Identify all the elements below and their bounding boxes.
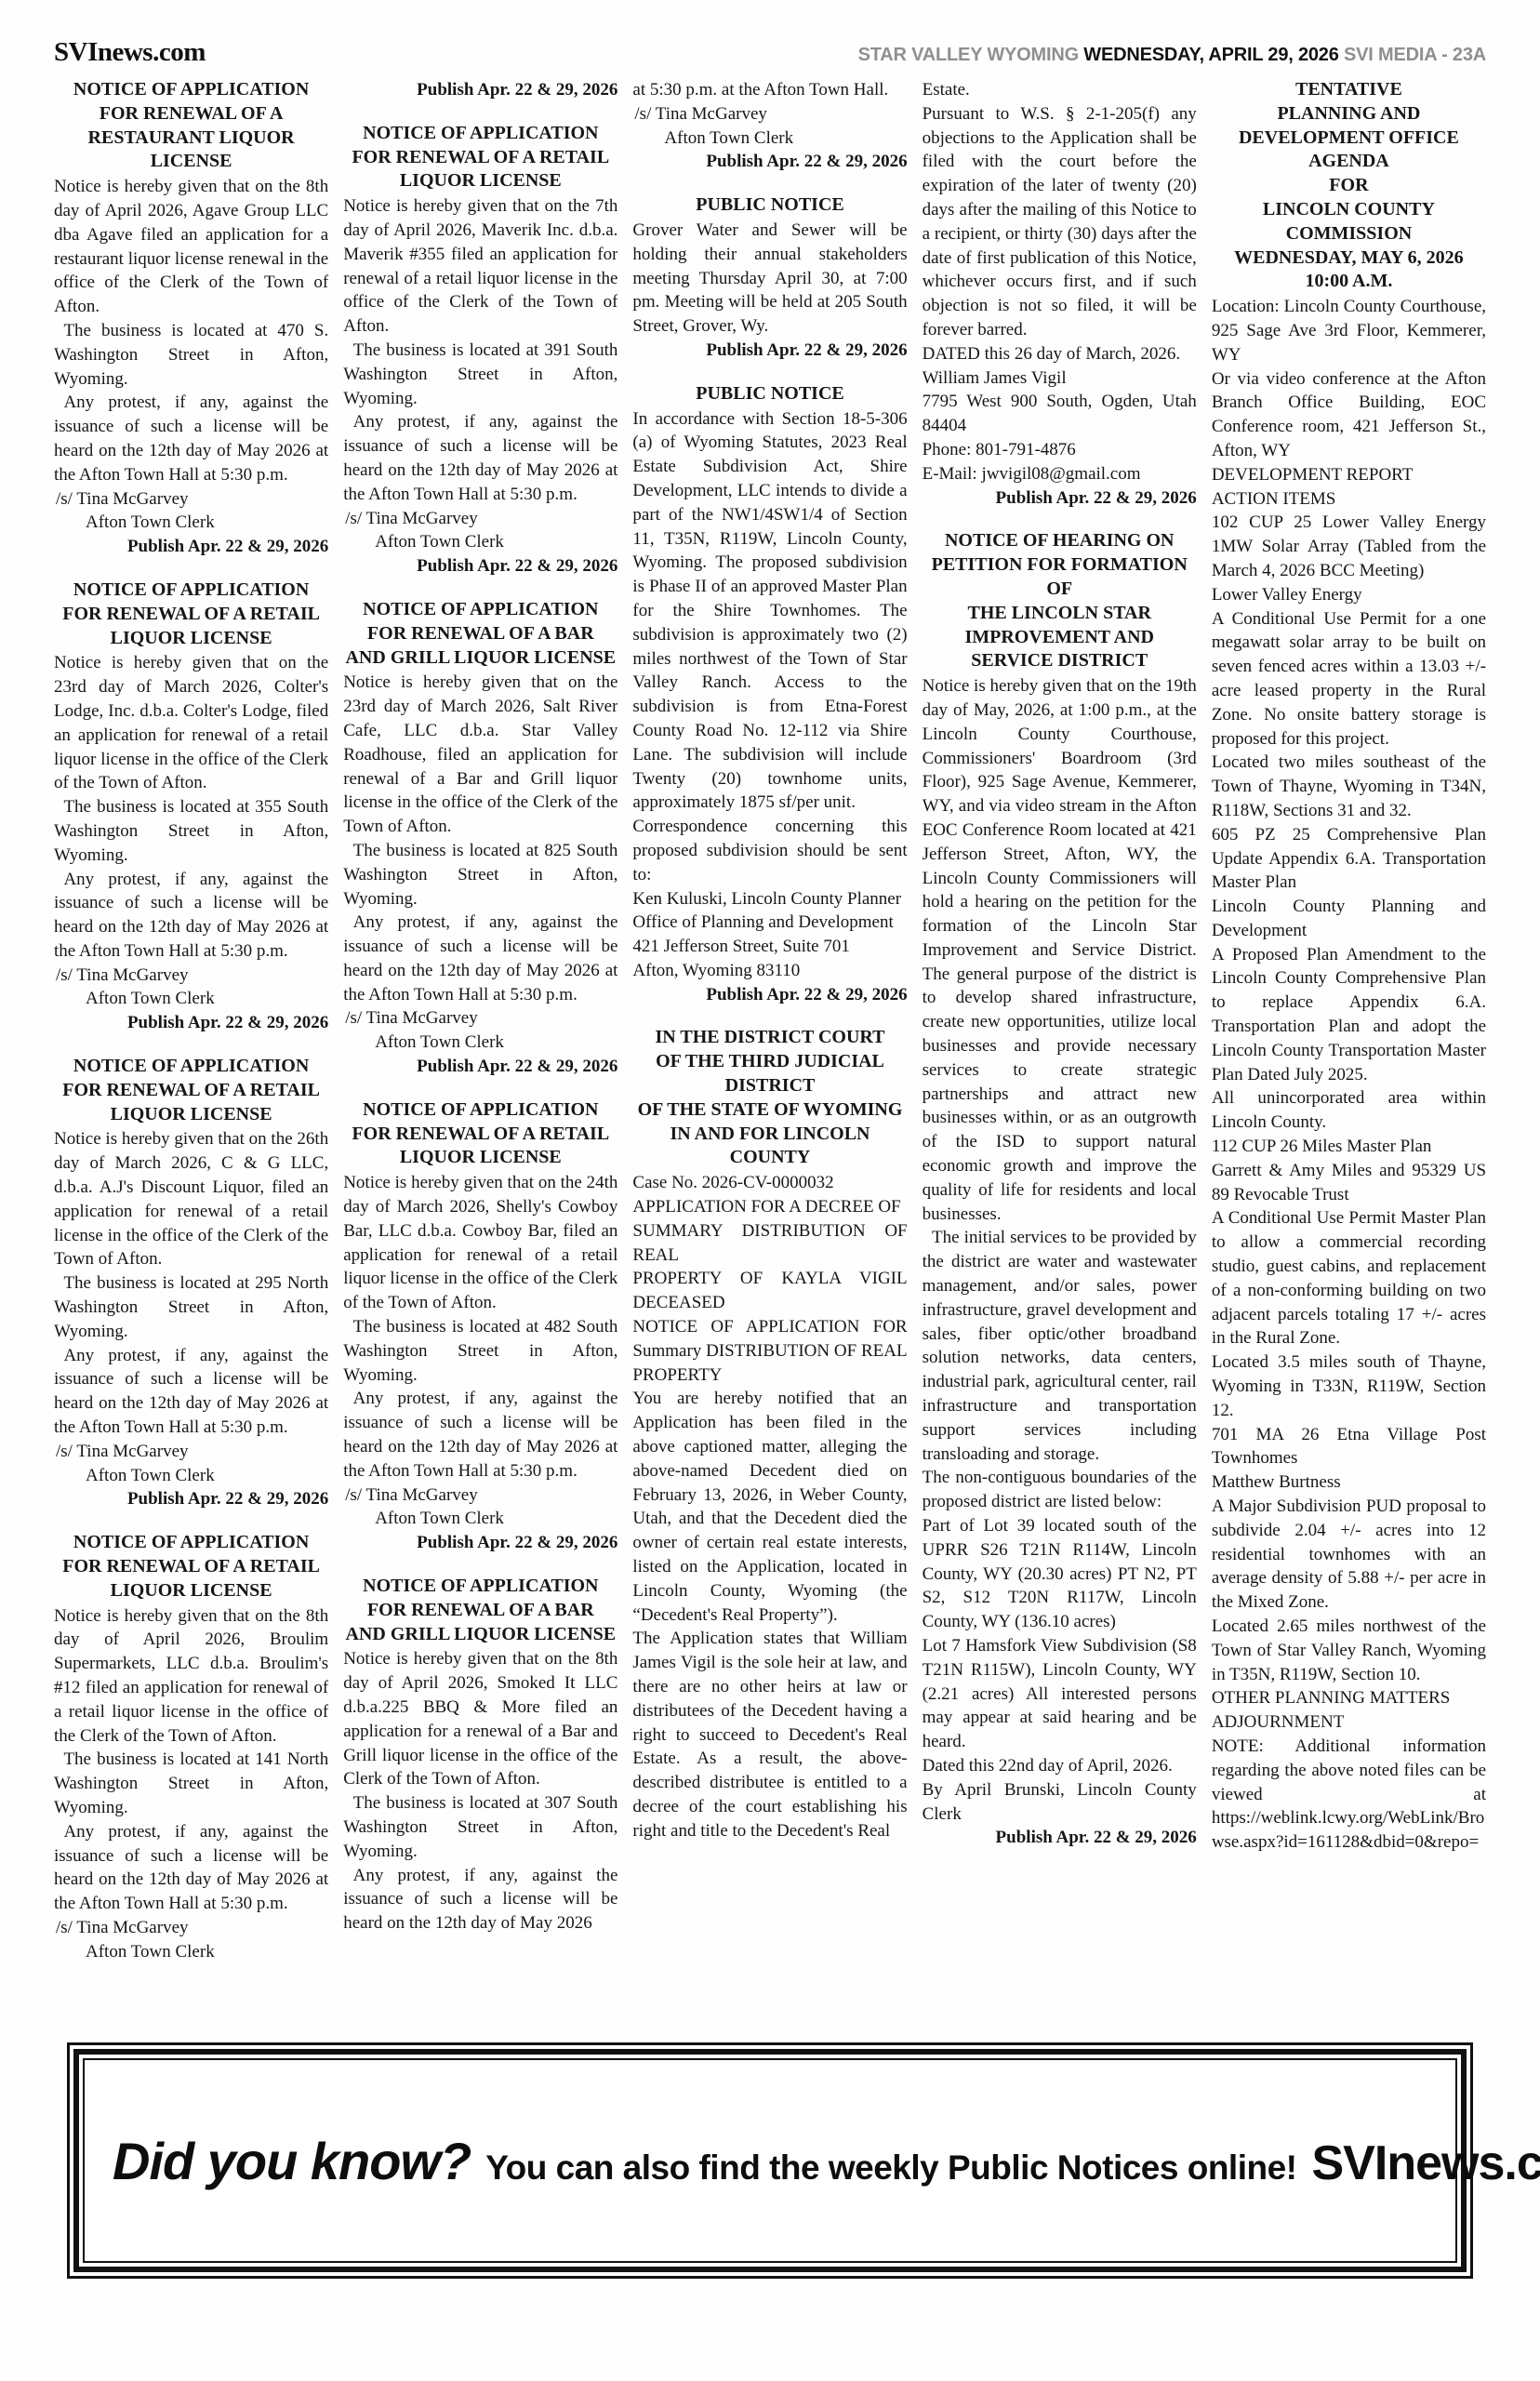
promo-lead: Did you know? xyxy=(113,2131,471,2191)
publish-line: Publish Apr. 22 & 29, 2026 xyxy=(343,78,617,102)
notice-paragraph: Located 2.65 miles northwest of the Town… xyxy=(1212,1615,1486,1686)
notice-paragraph: Located two miles southeast of the Town … xyxy=(1212,751,1486,822)
notice-paragraph: You are hereby notified that an Applicat… xyxy=(632,1387,907,1627)
notice-line: Lower Valley Energy xyxy=(1212,583,1486,607)
notice-paragraph: Any protest, if any, against the issuanc… xyxy=(343,1387,617,1483)
notice-paragraph: Lot 7 Hamsfork View Subdivision (S8 T21N… xyxy=(923,1634,1197,1754)
publish-line: Publish Apr. 22 & 29, 2026 xyxy=(343,1055,617,1079)
notice-line: ACTION ITEMS xyxy=(1212,487,1486,512)
column-4: Estate.Pursuant to W.S. § 2-1-205(f) any… xyxy=(923,78,1197,1992)
clerk-line: Afton Town Clerk xyxy=(54,987,328,1011)
notice-paragraph: Notice is hereby given that on the 8th d… xyxy=(343,1647,617,1791)
notice-paragraph: Dated this 22nd day of April, 2026. xyxy=(923,1754,1197,1778)
notice-paragraph: The business is located at 825 South Was… xyxy=(343,839,617,911)
signature-line: /s/ Tina McGarvey xyxy=(632,102,907,126)
notice-paragraph: Any protest, if any, against the issuanc… xyxy=(54,868,328,964)
signature-line: /s/ Tina McGarvey xyxy=(54,487,328,512)
notice-paragraph: Garrett & Amy Miles and 95329 US 89 Revo… xyxy=(1212,1159,1486,1207)
promo-message: You can also find the weekly Public Noti… xyxy=(485,2148,1296,2188)
notice-paragraph: Lincoln County Planning and Development xyxy=(1212,895,1486,943)
notice-heading: NOTICE OF APPLICATION FOR RENEWAL OF A R… xyxy=(343,1098,617,1170)
notice-paragraph: 605 PZ 25 Comprehensive Plan Update Appe… xyxy=(1212,823,1486,895)
notice-paragraph: Any protest, if any, against the issuanc… xyxy=(343,1864,617,1935)
notice-paragraph: APPLICATION FOR A DECREE OF xyxy=(632,1195,907,1219)
notice-heading: NOTICE OF APPLICATION FOR RENEWAL OF A R… xyxy=(54,78,328,174)
notice-paragraph: Part of Lot 39 located south of the UPRR… xyxy=(923,1514,1197,1634)
newspaper-logo: SVInews.com xyxy=(54,37,206,68)
dateline-page: SVI MEDIA - 23A xyxy=(1339,45,1486,65)
notice-paragraph: Grover Water and Sewer will be holding t… xyxy=(632,219,907,339)
notice-paragraph: Notice is hereby given that on the 23rd … xyxy=(343,671,617,839)
notice-line: Matthew Burtness xyxy=(1212,1470,1486,1495)
column-2: Publish Apr. 22 & 29, 2026NOTICE OF APPL… xyxy=(343,78,617,1992)
notice-paragraph: at 5:30 p.m. at the Afton Town Hall. xyxy=(632,78,907,102)
column-3: at 5:30 p.m. at the Afton Town Hall./s/ … xyxy=(632,78,907,1992)
notice-paragraph: Ken Kuluski, Lincoln County Planner xyxy=(632,887,907,911)
notice-paragraph: The business is located at 355 South Was… xyxy=(54,795,328,867)
signature-line: /s/ Tina McGarvey xyxy=(54,1440,328,1464)
signature-line: /s/ Tina McGarvey xyxy=(343,1006,617,1031)
notice-paragraph: Notice is hereby given that on the 23rd … xyxy=(54,651,328,795)
notice-paragraph: Any protest, if any, against the issuanc… xyxy=(54,1820,328,1916)
notice-heading: NOTICE OF APPLICATION FOR RENEWAL OF A R… xyxy=(343,122,617,193)
publish-line: Publish Apr. 22 & 29, 2026 xyxy=(923,1826,1197,1850)
publish-line: Publish Apr. 22 & 29, 2026 xyxy=(632,339,907,363)
notice-line: Afton, Wyoming 83110 xyxy=(632,959,907,983)
notice-line: OTHER PLANNING MATTERS xyxy=(1212,1686,1486,1710)
notice-paragraph: The business is located at 141 North Was… xyxy=(54,1748,328,1819)
promo-banner-border: Did you know? You can also find the week… xyxy=(73,2049,1467,2272)
notice-line: 112 CUP 26 Miles Master Plan xyxy=(1212,1135,1486,1159)
notice-paragraph: Pursuant to W.S. § 2-1-205(f) any object… xyxy=(923,102,1197,342)
signature-line: /s/ Tina McGarvey xyxy=(54,964,328,988)
notice-paragraph: DATED this 26 day of March, 2026. xyxy=(923,342,1197,366)
notice-paragraph: NOTICE OF APPLICATION FOR Summary DISTRI… xyxy=(632,1315,907,1387)
notice-paragraph: Any protest, if any, against the issuanc… xyxy=(343,410,617,506)
dateline: STAR VALLEY WYOMING WEDNESDAY, APRIL 29,… xyxy=(858,45,1486,66)
publish-line: Publish Apr. 22 & 29, 2026 xyxy=(54,1011,328,1035)
notice-paragraph: Any protest, if any, against the issuanc… xyxy=(54,1344,328,1440)
notice-paragraph: Office of Planning and Development xyxy=(632,911,907,935)
dateline-region: STAR VALLEY WYOMING xyxy=(858,45,1084,65)
notice-paragraph: Notice is hereby given that on the 24th … xyxy=(343,1171,617,1315)
notice-heading: TENTATIVE PLANNING AND DEVELOPMENT OFFIC… xyxy=(1212,78,1486,294)
notice-heading: NOTICE OF APPLICATION FOR RENEWAL OF A B… xyxy=(343,1575,617,1646)
notice-paragraph: Notice is hereby given that on the 7th d… xyxy=(343,194,617,339)
masthead: SVInews.com STAR VALLEY WYOMING WEDNESDA… xyxy=(54,37,1486,69)
notice-paragraph: Any protest, if any, against the issuanc… xyxy=(343,911,617,1006)
notice-paragraph: Notice is hereby given that on the 19th … xyxy=(923,674,1197,1226)
publish-line: Publish Apr. 22 & 29, 2026 xyxy=(343,554,617,579)
clerk-line: Afton Town Clerk xyxy=(343,1507,617,1531)
clerk-line: Afton Town Clerk xyxy=(54,511,328,535)
notice-paragraph: Notice is hereby given that on the 8th d… xyxy=(54,1604,328,1749)
notice-line: Estate. xyxy=(923,78,1197,102)
notice-paragraph: The business is located at 470 S. Washin… xyxy=(54,319,328,391)
notice-heading: NOTICE OF APPLICATION FOR RENEWAL OF A R… xyxy=(54,1055,328,1126)
clerk-line: Afton Town Clerk xyxy=(54,1940,328,1964)
notice-paragraph: A Conditional Use Permit Master Plan to … xyxy=(1212,1206,1486,1350)
notice-paragraph: A Major Subdivision PUD proposal to subd… xyxy=(1212,1495,1486,1615)
signature-line: /s/ Tina McGarvey xyxy=(343,507,617,531)
publish-line: Publish Apr. 22 & 29, 2026 xyxy=(54,1487,328,1511)
notice-line: DEVELOPMENT REPORT xyxy=(1212,463,1486,487)
notice-paragraph: The business is located at 295 North Was… xyxy=(54,1271,328,1343)
notice-heading: IN THE DISTRICT COURT OF THE THIRD JUDIC… xyxy=(632,1026,907,1170)
publish-line: Publish Apr. 22 & 29, 2026 xyxy=(54,535,328,559)
publish-line: Publish Apr. 22 & 29, 2026 xyxy=(632,983,907,1007)
notice-heading: NOTICE OF APPLICATION FOR RENEWAL OF A R… xyxy=(54,1531,328,1603)
notice-paragraph: Correspondence concerning this proposed … xyxy=(632,815,907,886)
promo-site: SVInews.com xyxy=(1312,2135,1540,2191)
clerk-line: Afton Town Clerk xyxy=(54,1464,328,1488)
notice-paragraph: Or via video conference at the Afton Bra… xyxy=(1212,367,1486,463)
dateline-date: WEDNESDAY, APRIL 29, 2026 xyxy=(1083,45,1338,65)
notice-paragraph: All unincorporated area within Lincoln C… xyxy=(1212,1086,1486,1135)
notice-paragraph: By April Brunski, Lincoln County Clerk xyxy=(923,1778,1197,1827)
signature-line: /s/ Tina McGarvey xyxy=(54,1916,328,1940)
notice-line: Case No. 2026-CV-0000032 xyxy=(632,1171,907,1195)
notice-paragraph: NOTE: Additional information regarding t… xyxy=(1212,1735,1486,1855)
column-1: NOTICE OF APPLICATION FOR RENEWAL OF A R… xyxy=(54,78,328,1992)
notice-paragraph: Located 3.5 miles south of Thayne, Wyomi… xyxy=(1212,1350,1486,1422)
signature-line: /s/ Tina McGarvey xyxy=(343,1483,617,1508)
notice-paragraph: 102 CUP 25 Lower Valley Energy 1MW Solar… xyxy=(1212,511,1486,582)
column-5: TENTATIVE PLANNING AND DEVELOPMENT OFFIC… xyxy=(1212,78,1486,1992)
newspaper-page: SVInews.com STAR VALLEY WYOMING WEDNESDA… xyxy=(0,0,1540,2381)
notice-line: 421 Jefferson Street, Suite 701 xyxy=(632,935,907,959)
notice-heading: PUBLIC NOTICE xyxy=(632,193,907,218)
notice-paragraph: Any protest, if any, against the issuanc… xyxy=(54,391,328,486)
publish-line: Publish Apr. 22 & 29, 2026 xyxy=(343,1531,617,1555)
notice-paragraph: Notice is hereby given that on the 26th … xyxy=(54,1127,328,1271)
notice-line: William James Vigil xyxy=(923,366,1197,391)
notices-columns: NOTICE OF APPLICATION FOR RENEWAL OF A R… xyxy=(54,78,1486,1992)
notice-paragraph: A Proposed Plan Amendment to the Lincoln… xyxy=(1212,943,1486,1087)
promo-banner: Did you know? You can also find the week… xyxy=(67,2042,1473,2279)
notice-paragraph: A Conditional Use Permit for a one megaw… xyxy=(1212,607,1486,752)
notice-paragraph: Notice is hereby given that on the 8th d… xyxy=(54,175,328,319)
notice-heading: NOTICE OF APPLICATION FOR RENEWAL OF A R… xyxy=(54,579,328,650)
notice-paragraph: SUMMARY DISTRIBUTION OF REAL xyxy=(632,1219,907,1268)
notice-paragraph: 7795 West 900 South, Ogden, Utah 84404 xyxy=(923,390,1197,438)
clerk-line: Afton Town Clerk xyxy=(343,530,617,554)
notice-line: Phone: 801-791-4876 xyxy=(923,438,1197,462)
notice-heading: NOTICE OF HEARING ON PETITION FOR FORMAT… xyxy=(923,529,1197,673)
notice-heading: PUBLIC NOTICE xyxy=(632,382,907,406)
notice-paragraph: The non-contiguous boundaries of the pro… xyxy=(923,1466,1197,1514)
publish-line: Publish Apr. 22 & 29, 2026 xyxy=(632,150,907,174)
notice-paragraph: In accordance with Section 18-5-306 (a) … xyxy=(632,407,907,816)
notice-paragraph: The initial services to be provided by t… xyxy=(923,1226,1197,1466)
clerk-line: Afton Town Clerk xyxy=(343,1031,617,1055)
notice-paragraph: 701 MA 26 Etna Village Post Townhomes xyxy=(1212,1423,1486,1471)
promo-banner-text: Did you know? You can also find the week… xyxy=(85,2131,1540,2191)
promo-banner-inner: Did you know? You can also find the week… xyxy=(83,2058,1457,2263)
notice-paragraph: PROPERTY OF KAYLA VIGIL DECEASED xyxy=(632,1267,907,1315)
clerk-line: Afton Town Clerk xyxy=(632,126,907,151)
notice-line: ADJOURNMENT xyxy=(1212,1710,1486,1735)
publish-line: Publish Apr. 22 & 29, 2026 xyxy=(923,486,1197,511)
notice-paragraph: Location: Lincoln County Courthouse, 925… xyxy=(1212,295,1486,366)
notice-paragraph: The business is located at 307 South Was… xyxy=(343,1791,617,1863)
notice-paragraph: The business is located at 482 South Was… xyxy=(343,1315,617,1387)
notice-paragraph: The Application states that William Jame… xyxy=(632,1627,907,1842)
notice-heading: NOTICE OF APPLICATION FOR RENEWAL OF A B… xyxy=(343,598,617,670)
notice-paragraph: The business is located at 391 South Was… xyxy=(343,339,617,410)
notice-line: E-Mail: jwvigil08@gmail.com xyxy=(923,462,1197,486)
